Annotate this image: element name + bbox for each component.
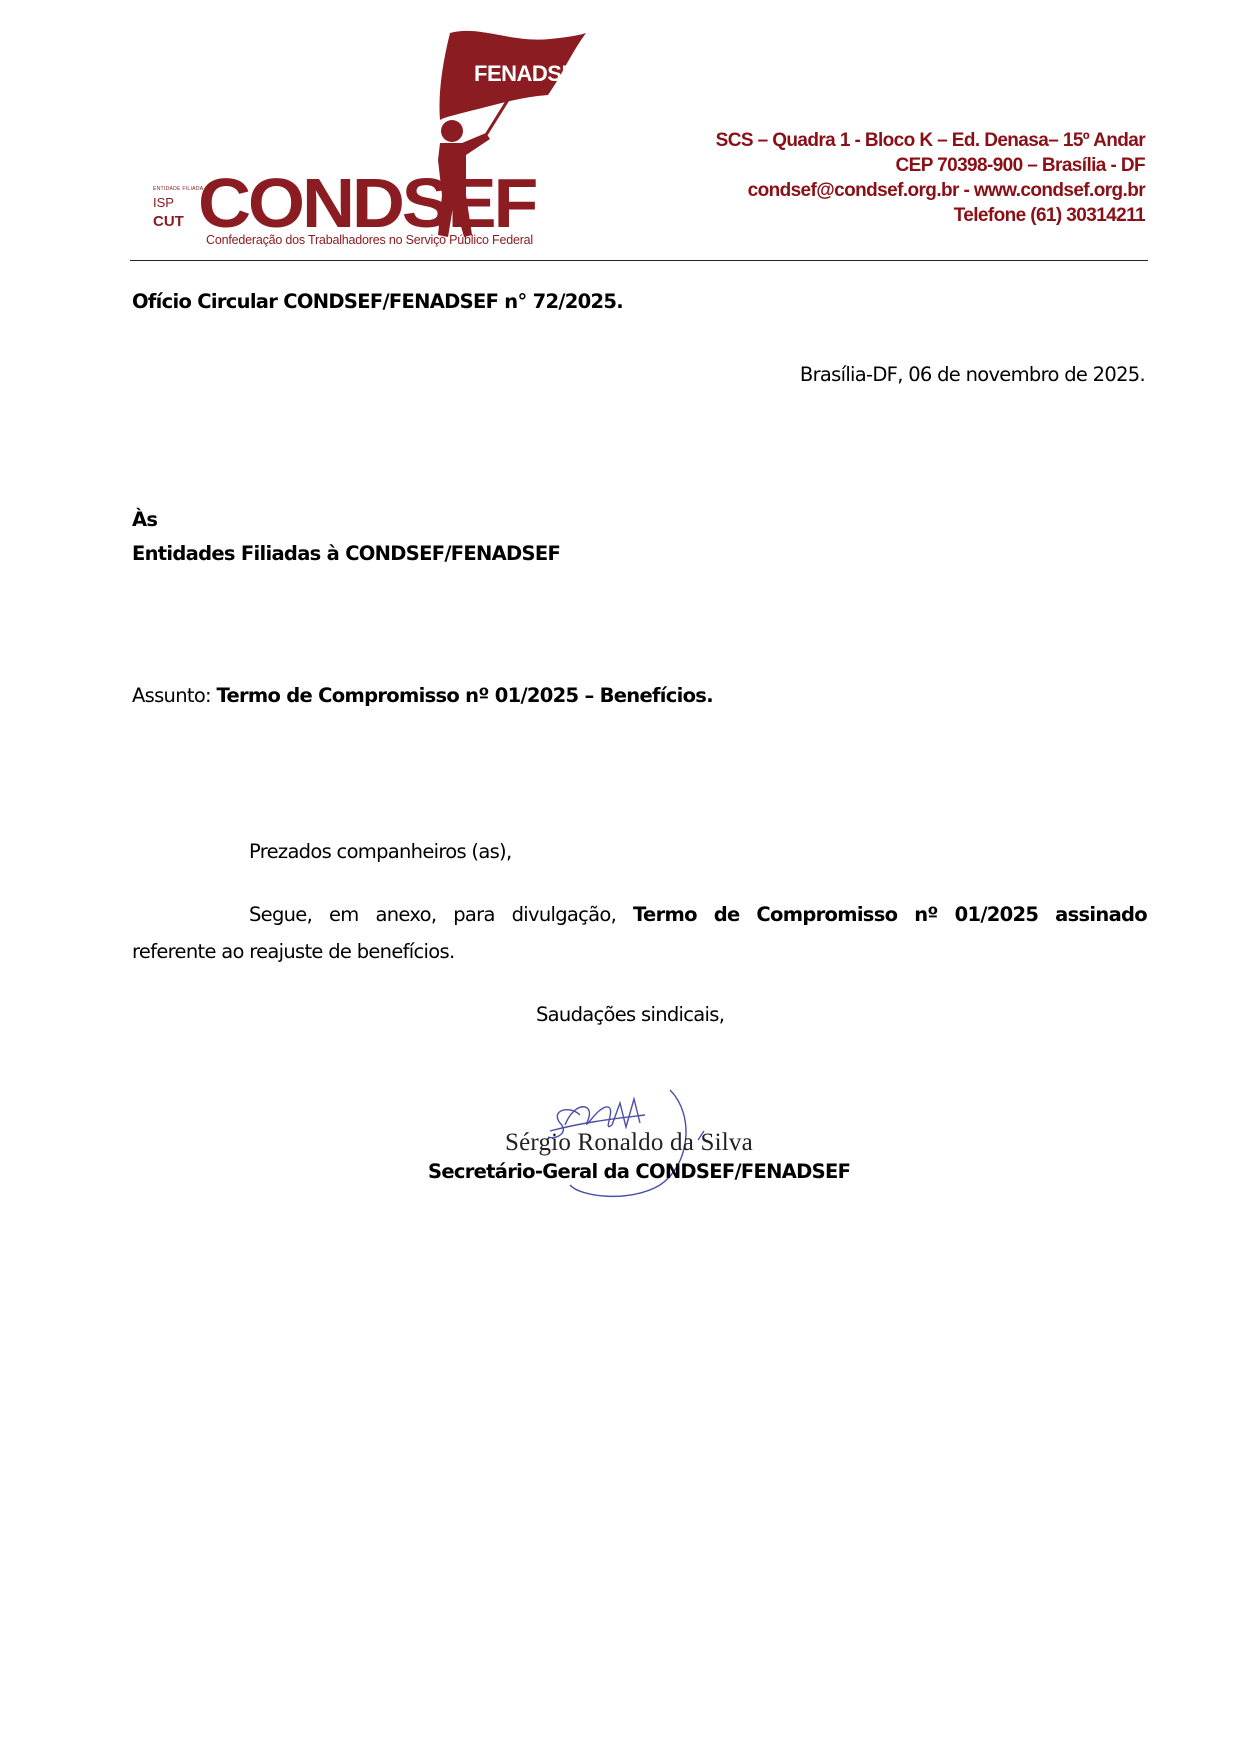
phone-line: Telefone (61) 30314211 (716, 203, 1145, 228)
logo-caption: Confederação dos Trabalhadores no Serviç… (206, 233, 533, 247)
isp-mark: ISP (153, 196, 174, 209)
affiliation-caption: ENTIDADE FILIADA (153, 186, 203, 192)
closing: Saudações sindicais, (536, 1003, 724, 1026)
cut-mark: CUT (153, 214, 184, 229)
body-word: assinado (1055, 903, 1147, 926)
contact-line: condsef@condsef.org.br - www.condsef.org… (716, 178, 1145, 203)
address-block: SCS – Quadra 1 - Bloco K – Ed. Denasa– 1… (716, 128, 1145, 228)
body-word: de (714, 903, 740, 926)
body-word: em (329, 903, 359, 926)
body-paragraph-line2: referente ao reajuste de benefícios. (132, 940, 454, 963)
body-word: para (453, 903, 495, 926)
document-reference: Ofício Circular CONDSEF/FENADSEF n° 72/2… (132, 290, 623, 313)
recipient-prefix: Às (132, 508, 157, 531)
subject-label: Assunto: (132, 684, 211, 707)
signatory-role: Secretário-Geral da CONDSEF/FENADSEF (428, 1160, 850, 1183)
document-page: FENADSEF ENTIDADE FILIADA ISP CUT CONDSE… (0, 0, 1241, 1755)
recipient: Entidades Filiadas à CONDSEF/FENADSEF (132, 542, 560, 565)
body-word: Segue, (249, 903, 312, 926)
body-word: Compromisso (756, 903, 897, 926)
signatory-name: Sérgio Ronaldo da Silva (505, 1129, 753, 1157)
place-date: Brasília-DF, 06 de novembro de 2025. (800, 363, 1145, 386)
body-word: 01/2025 (955, 903, 1039, 926)
condsef-wordmark: CONDSEF (198, 168, 535, 238)
subject-line: Assunto: Termo de Compromisso nº 01/2025… (132, 684, 713, 707)
body-word: nº (914, 903, 937, 926)
header-divider (130, 260, 1148, 261)
body-word: Termo (633, 903, 697, 926)
greeting: Prezados companheiros (as), (249, 840, 511, 863)
fenadsef-flag-text: FENADSEF (474, 63, 589, 85)
body-word: anexo, (375, 903, 436, 926)
body-paragraph-line1: Segue, em anexo, para divulgação, Termo … (249, 903, 1147, 926)
subject-text: Termo de Compromisso nº 01/2025 – Benefí… (216, 684, 712, 707)
body-word: divulgação, (512, 903, 617, 926)
address-line: SCS – Quadra 1 - Bloco K – Ed. Denasa– 1… (716, 128, 1145, 153)
address-line: CEP 70398-900 – Brasília - DF (716, 153, 1145, 178)
